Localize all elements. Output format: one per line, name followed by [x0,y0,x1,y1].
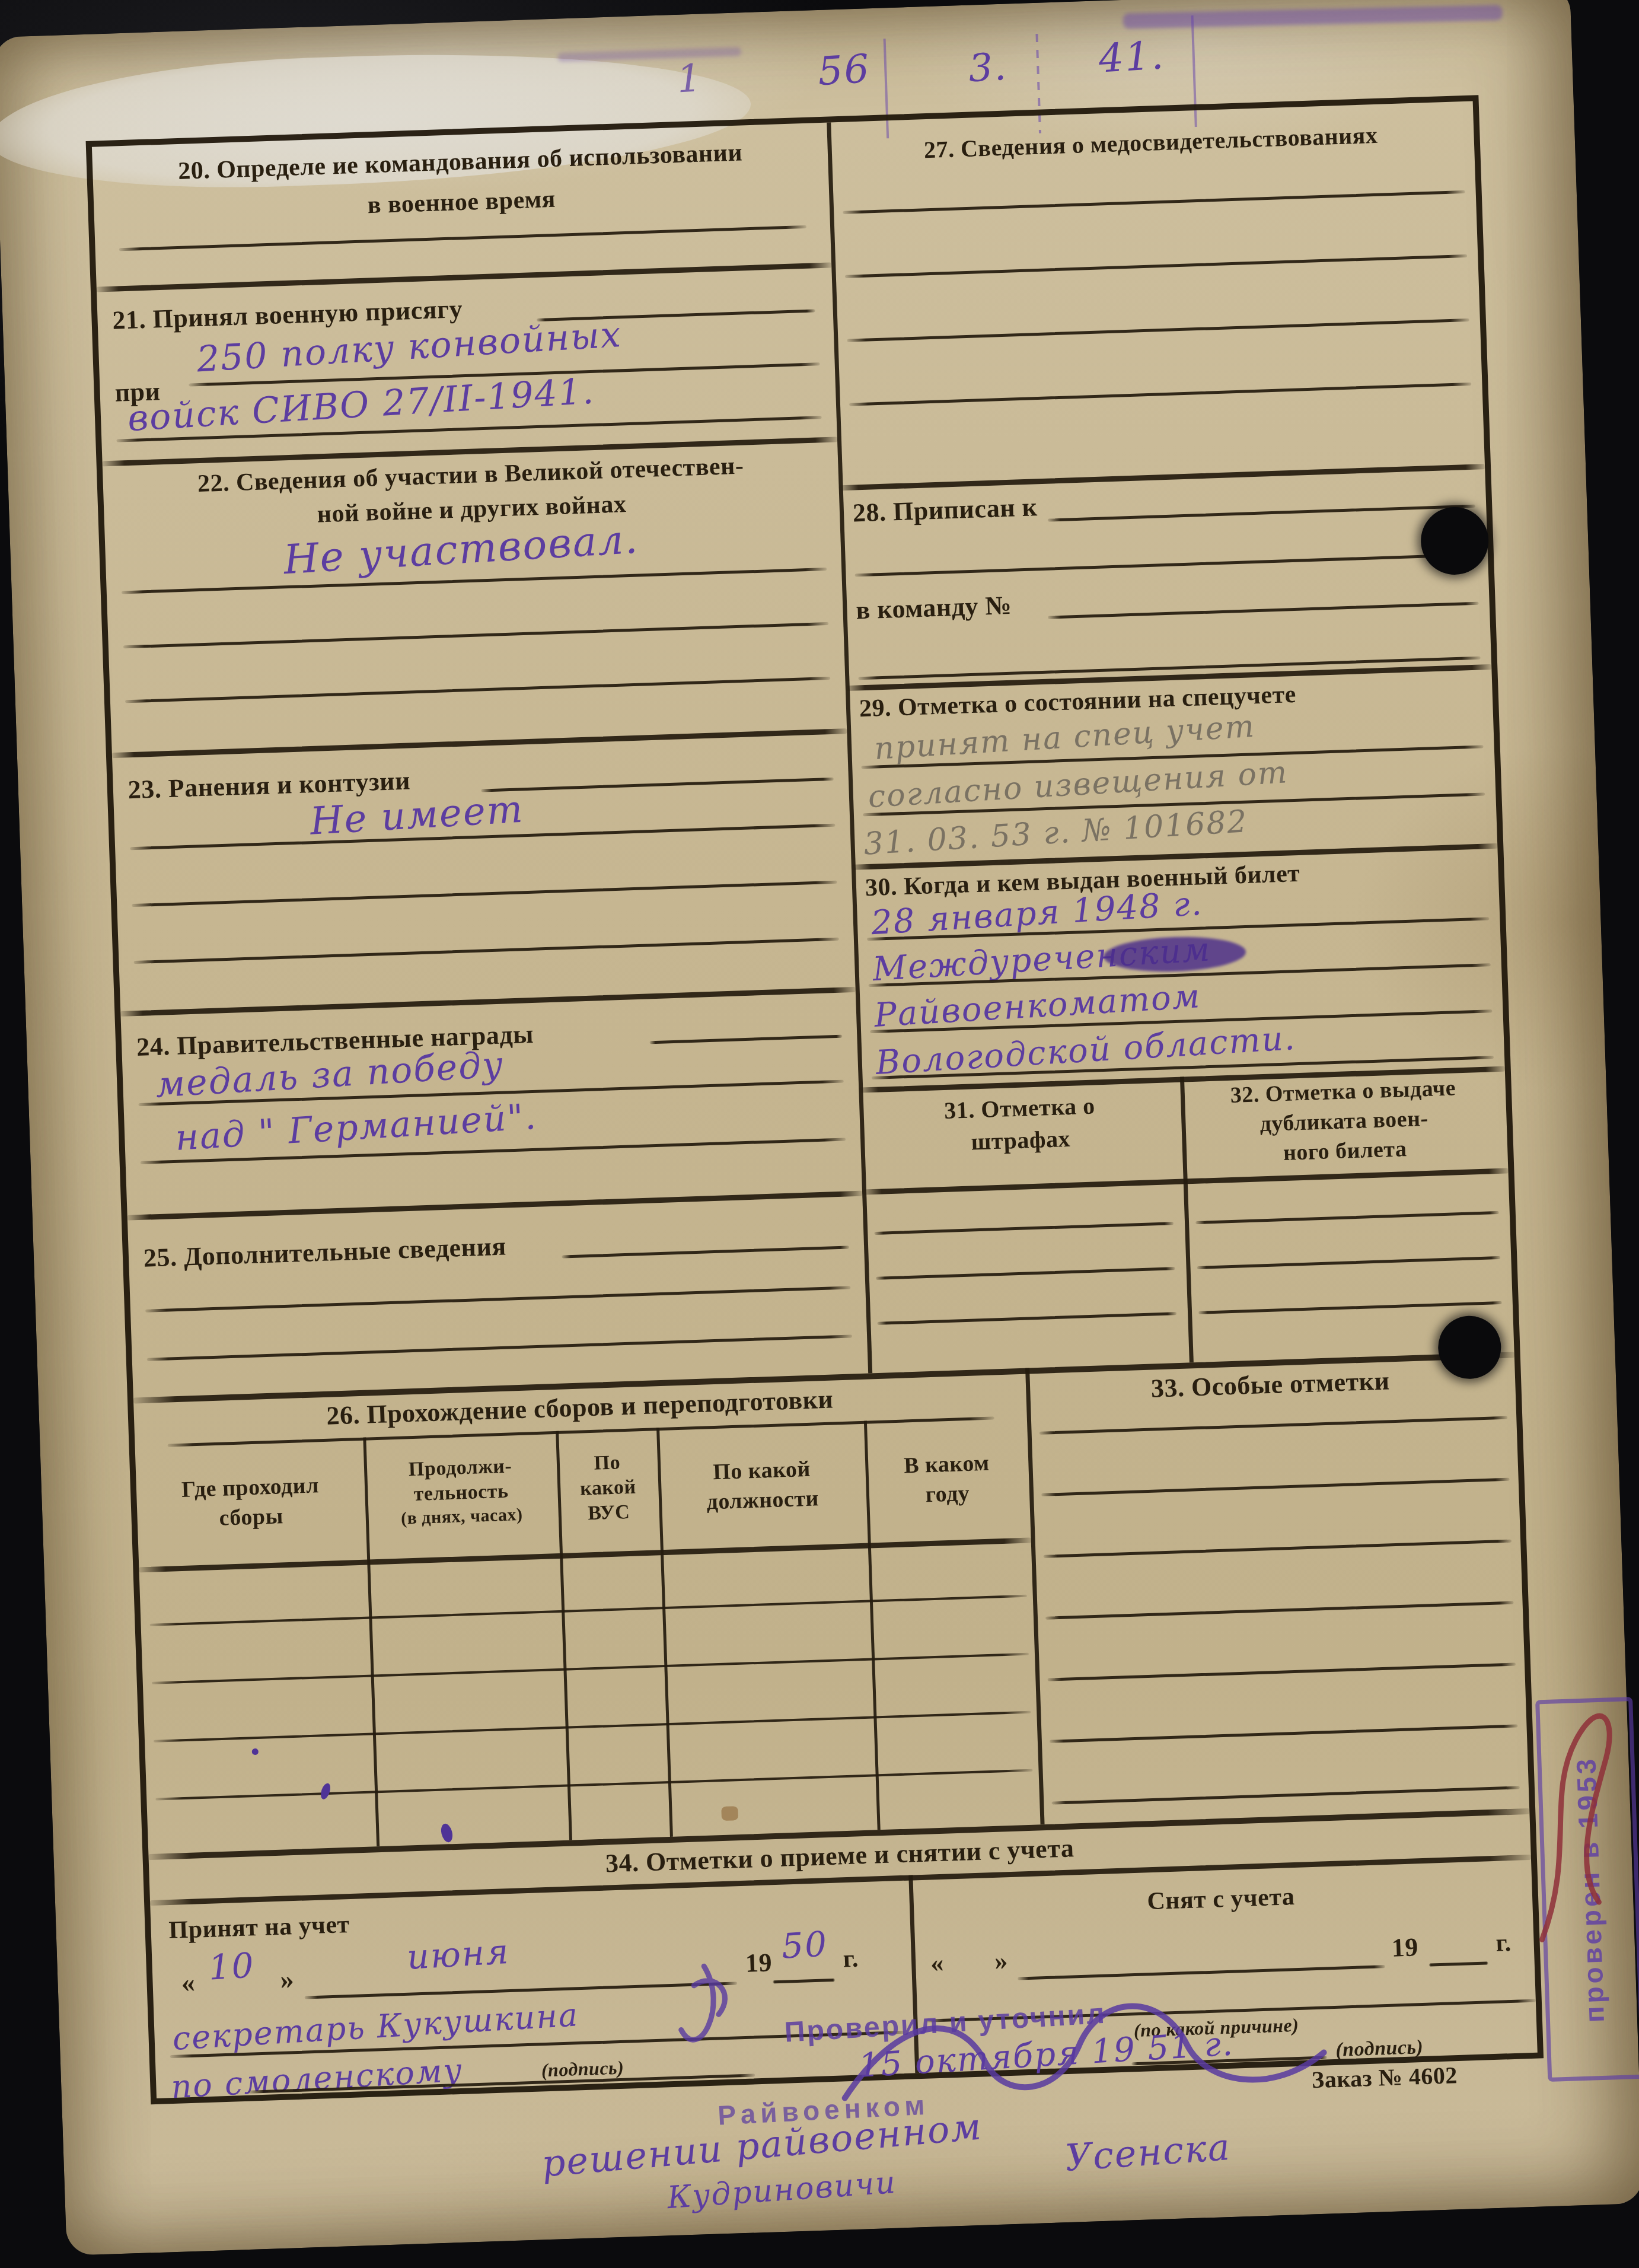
col-header-duration-2: тельность [413,1480,509,1506]
top-number-3: 3. [967,45,1008,91]
section31-title-line1: 31. Отметка о [944,1092,1096,1125]
ruled-line [849,383,1472,406]
section27-title: 27. Сведения о медосвидетельствованиях [923,121,1378,164]
ruled-line [843,190,1465,214]
ink-smear-top-center [557,47,741,62]
ink-smear-top-right [1123,5,1503,29]
year-prefix: 19 [745,1947,773,1978]
registration-card-page: 1 56 3. 41. 20. Определе ие командования… [0,0,1639,2256]
section-divider [97,262,832,292]
ruled-line [874,1222,1174,1235]
verified-1953-stamp-text: проверен в 1953 [1570,1756,1611,2023]
col-header-duration-1: Продолжи- [408,1455,512,1481]
section32-title-line1: 32. Отметка о выдаче [1230,1075,1456,1108]
section32-title-line2: дубликата воен- [1259,1106,1428,1137]
section25-title: 25. Дополнительные сведения [143,1231,506,1273]
form-table: 20. Определе ие командования об использо… [86,95,1544,2104]
ruled-line [145,1286,851,1312]
section33-title: 33. Особые отметки [1150,1365,1390,1403]
accepted-month-handwriting: июня [406,1931,511,1977]
order-number: Заказ № 4602 [1311,2061,1458,2094]
ruled-line [1195,1211,1499,1224]
ruled-line [562,1246,849,1258]
ruled-line [1018,1965,1385,1980]
section20-title-line2: в военное время [367,185,556,219]
table-row-line [152,1653,1029,1684]
ruled-line [649,1035,842,1044]
column-line [363,1438,380,1847]
ruled-line [123,622,829,648]
ruled-line [1051,1786,1520,1804]
signature-label-right: (подпись) [1335,2036,1424,2062]
main-column-divider [827,122,872,1373]
ruled-line [1041,1478,1510,1496]
col-header-where-2: сборы [219,1503,284,1531]
section-divider [127,1191,863,1221]
accepted-year-handwriting: 50 [780,1923,829,1966]
photo-background: 1 56 3. 41. 20. Определе ие командования… [0,0,1639,2268]
ruled-line [1045,1601,1514,1620]
top-number-4: 41. [1098,32,1166,81]
col-header-year-1: В каком [904,1450,990,1479]
section-divider [112,728,847,758]
ruled-line [133,938,839,964]
ruled-line [1039,1416,1508,1435]
table-row-line [154,1711,1031,1743]
section31-title-line2: штрафах [971,1125,1071,1156]
table-header-underline [139,1538,1031,1573]
ruled-line [1050,1724,1518,1743]
verified-1953-stamp: проверен в 1953 [1535,1697,1639,2082]
table-row-line [150,1595,1027,1626]
accepted-label: Принят на учет [168,1910,350,1945]
quote-open: « [181,1967,196,1999]
section32-title-line3: ного билета [1283,1136,1407,1166]
col-header-vus-2: какой [580,1476,637,1501]
col-header-vus-3: ВУС [588,1501,630,1525]
ruled-line [119,225,807,251]
ruled-line [1198,1301,1502,1314]
column-line [656,1428,673,1837]
section21-handwriting-2: войск СИВО 27/II-1941. [126,371,596,440]
section28-label-1: 28. Приписан к [852,492,1038,528]
quote-close: » [280,1963,295,1995]
ruled-line [854,553,1477,577]
ruled-line [1044,1540,1512,1558]
ruled-line [1197,1256,1501,1269]
paper-speck [721,1806,738,1821]
removed-label: Снят с учета [1147,1882,1295,1916]
footer-handwriting-3: Усенска [1064,2125,1232,2180]
accepted-org-handwriting: по смоленскому [170,2051,464,2105]
table-row-line [155,1769,1032,1801]
ruled-line [132,881,837,907]
ruled-line [1047,1663,1516,1681]
ruled-line [877,1312,1176,1325]
section28-label-2: в команду № [856,590,1012,626]
year-suffix: г. [843,1945,859,1974]
section-divider [839,464,1485,490]
signature-label-left: (подпись) [541,2057,624,2082]
section26-33-divider [1025,1368,1045,1824]
year-suffix: г. [1495,1929,1512,1958]
ruled-line [876,1267,1175,1280]
ruled-line [125,677,831,703]
col-header-vus-1: По [594,1451,621,1474]
column-line [556,1431,572,1840]
col-header-where-1: Где проходил [181,1472,319,1503]
section31-32-divider [1180,1077,1194,1363]
ruled-line [773,1979,835,1983]
column-line [864,1421,881,1830]
quote-open: « [930,1948,944,1979]
ruled-line [1048,602,1479,619]
year-prefix: 19 [1391,1932,1419,1963]
top-number-1: 1 [676,56,704,101]
col-header-year-2: году [925,1480,970,1508]
section20-title-line1: 20. Определе ие командования об использо… [177,138,742,186]
ruled-line [845,254,1468,278]
ruled-line [481,778,834,792]
ruled-line [847,318,1469,342]
section-divider [120,987,856,1017]
col-header-position-1: По какой [713,1456,811,1485]
quote-close: » [994,1945,1008,1976]
top-number-2: 56 [817,46,871,94]
footer-handwriting-2: Кудриновичи [666,2165,897,2216]
ruled-line [1429,1961,1488,1966]
ruled-line [1048,505,1476,522]
ruled-line [304,1982,737,1999]
ruled-line [147,1334,853,1361]
col-header-duration-3: (в днях, часах) [401,1505,523,1529]
col-header-position-2: должности [706,1485,819,1515]
accepted-day-handwriting: 10 [208,1945,256,1987]
